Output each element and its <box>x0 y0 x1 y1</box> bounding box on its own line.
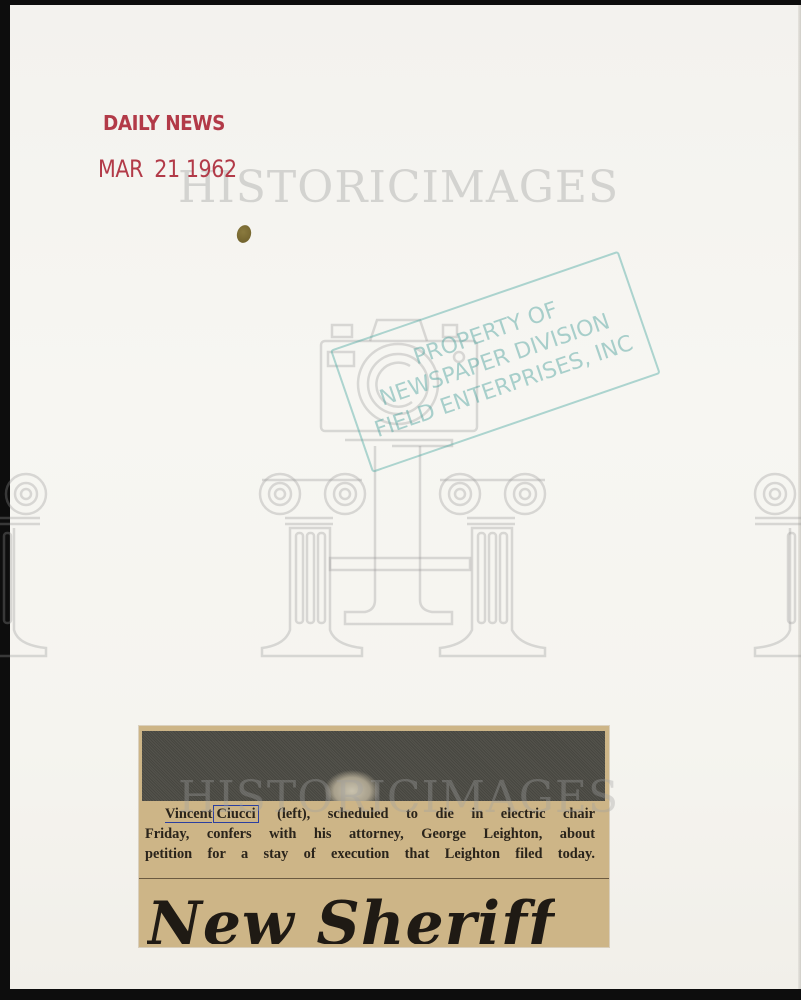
clipping-headline: New Sheriff <box>147 886 555 944</box>
historic-images-text-watermark: HISTORICIMAGES <box>178 162 619 213</box>
date-year: 1962 <box>186 155 237 183</box>
clipping-divider <box>139 878 609 879</box>
caption-line: petition for a stay of execution that Le… <box>145 844 595 864</box>
historic-images-clipping-watermark: HISTORICIMAGES <box>178 772 619 823</box>
date-month: MAR <box>98 155 143 183</box>
newspaper-clipping: VincentCiucci (left), scheduled to die i… <box>139 726 609 947</box>
newspaper-name-stamp: DAILY NEWS <box>103 111 225 135</box>
date-day: 21 <box>154 155 179 183</box>
date-stamp: MAR 21 1962 <box>98 155 237 183</box>
caption-line: Friday, confers with his attorney, Georg… <box>145 824 595 844</box>
